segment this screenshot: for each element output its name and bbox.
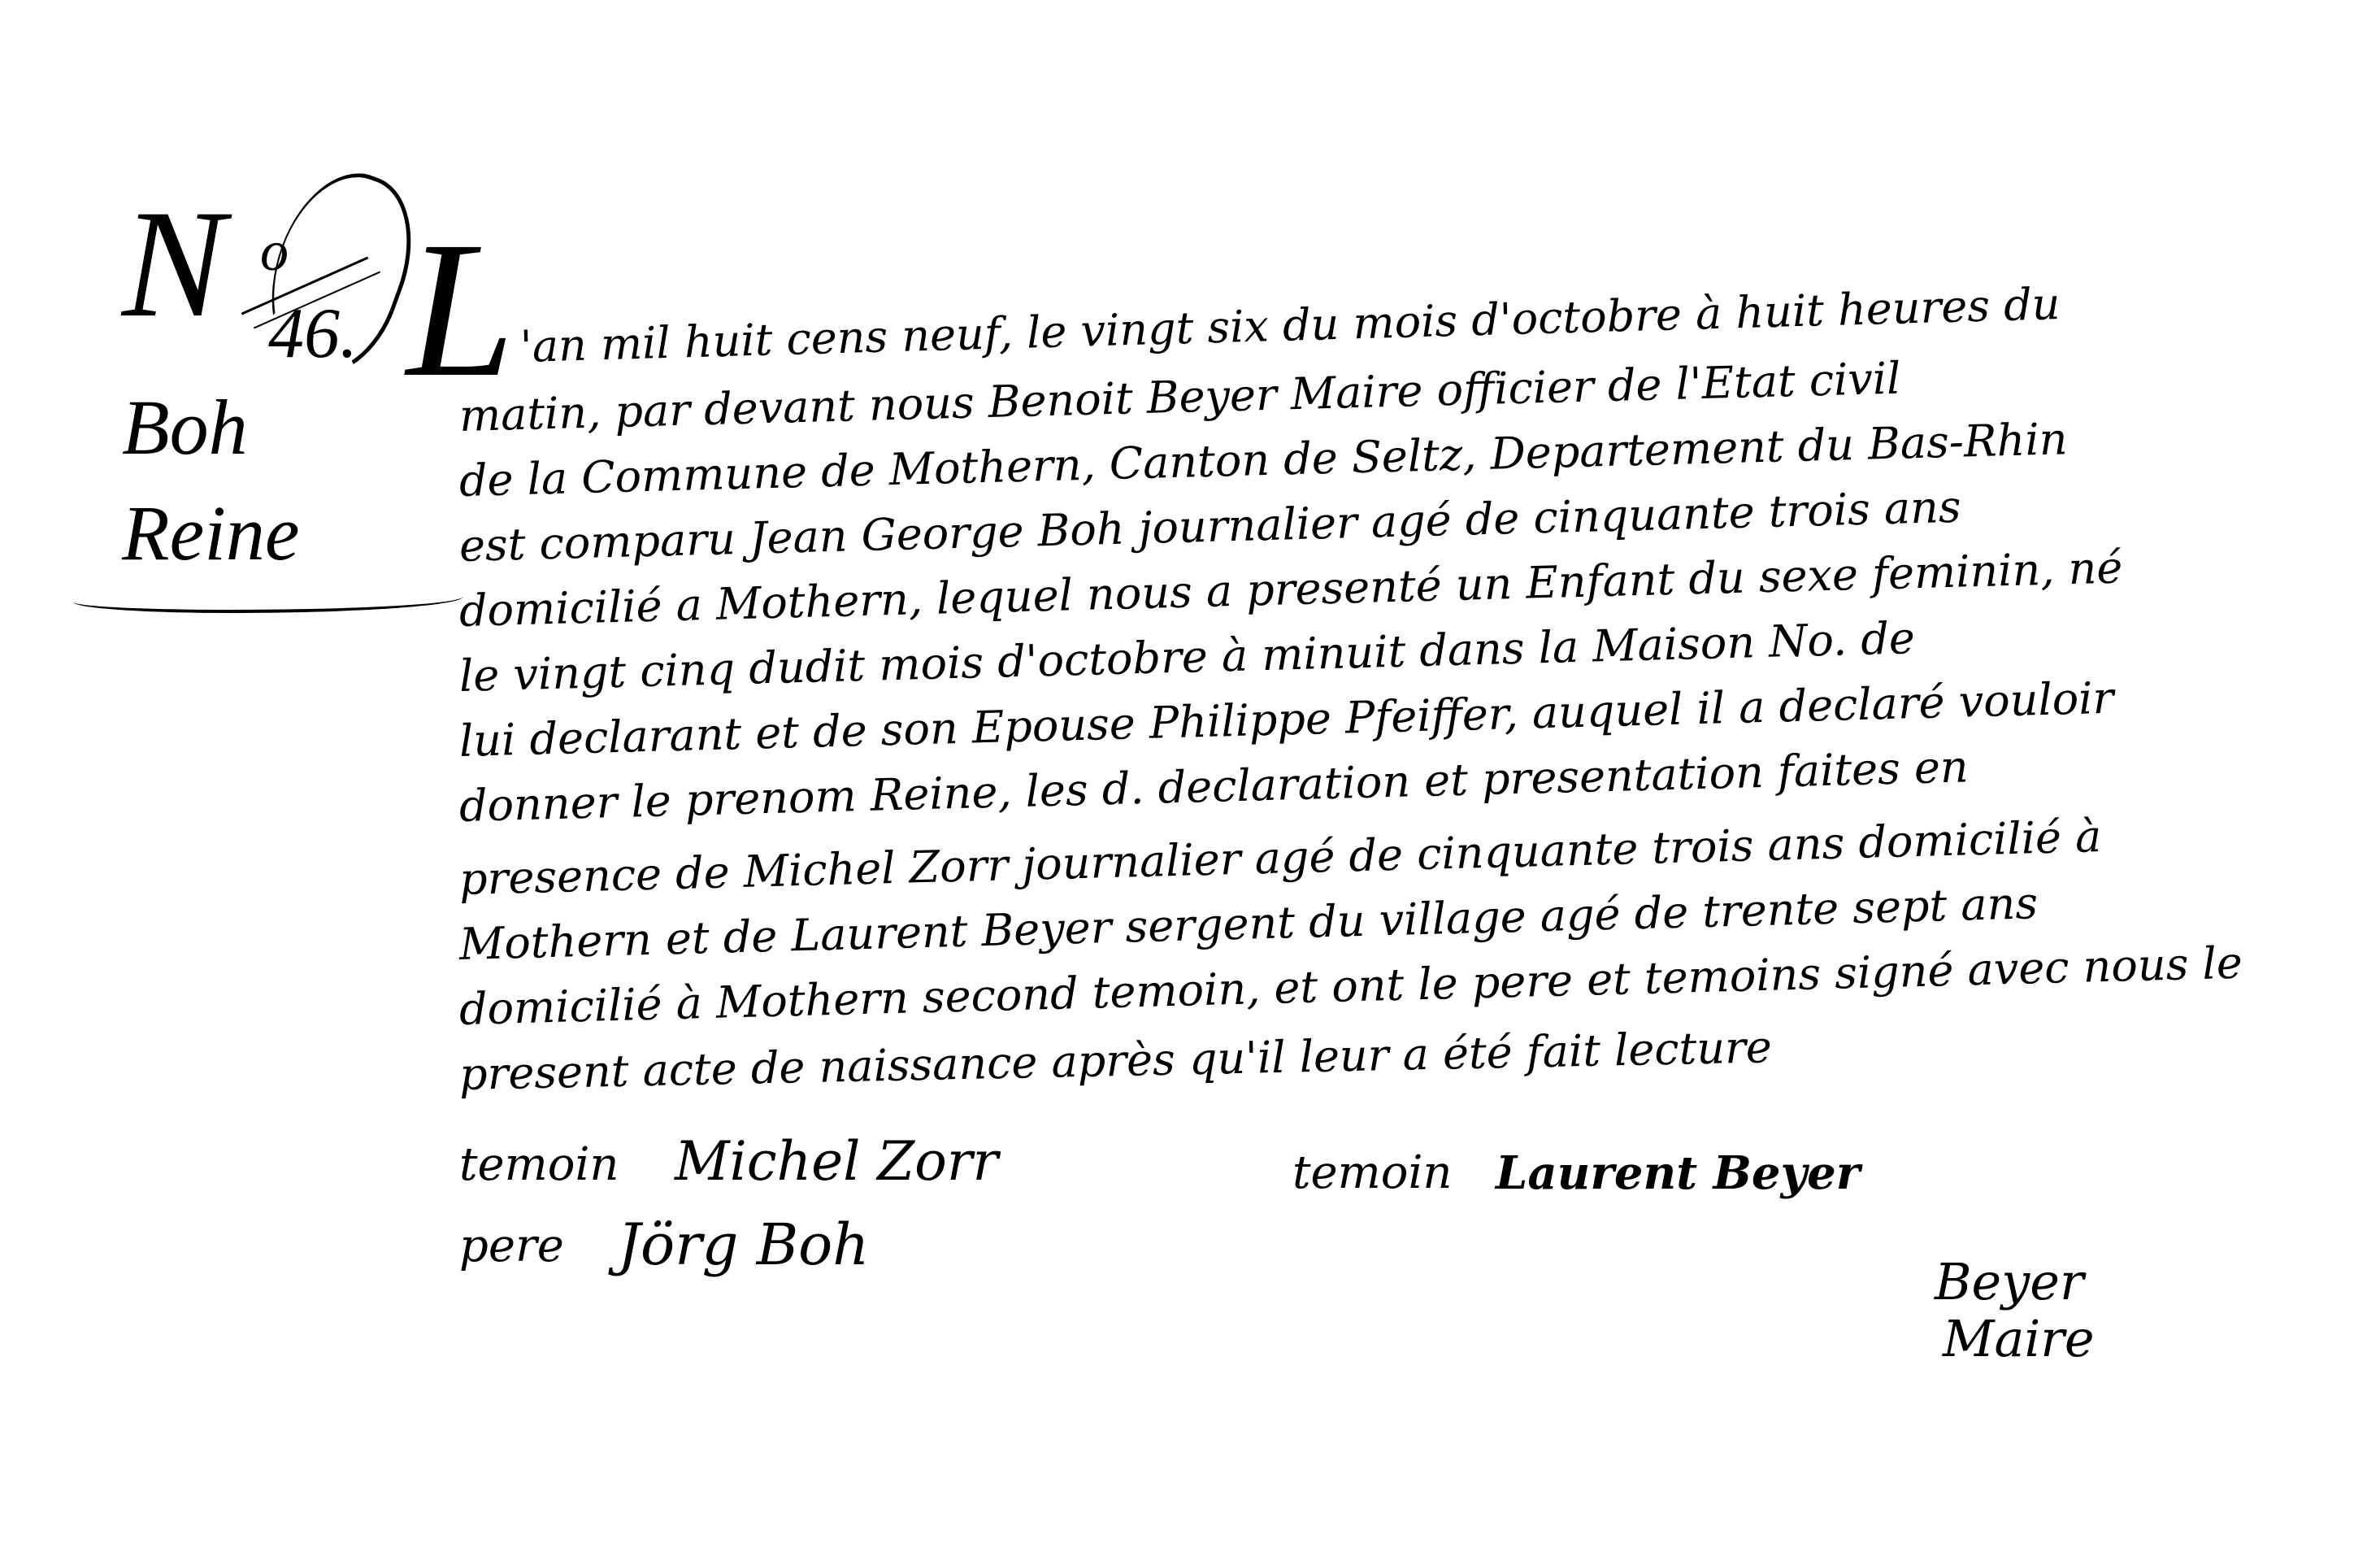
signature-label-father: pere — [459, 1220, 564, 1272]
margin-flourish — [73, 585, 463, 613]
entry-number: 46. — [268, 293, 358, 375]
signature-michel-zorr: Michel Zorr — [675, 1130, 998, 1193]
margin-entry-number: N o 46. — [122, 171, 382, 366]
drop-cap: L — [406, 211, 515, 407]
signature-label-witness-2: temoin — [1292, 1146, 1452, 1199]
body-line-12: present acte de naissance après qu'il le… — [458, 1021, 1772, 1100]
document-page: N o 46. Boh Reine L 'an mil huit cens ne… — [0, 0, 2380, 1561]
signature-mayor-title: Maire — [1943, 1309, 2095, 1368]
margin-given-name: Reine — [122, 488, 300, 578]
margin-surname: Boh — [122, 382, 248, 472]
signature-laurent-beyer: Laurent Beyer — [1496, 1146, 1860, 1200]
number-superscript: o — [260, 220, 289, 285]
signature-mayor-name: Beyer — [1935, 1252, 2084, 1311]
signature-label-witness-1: temoin — [459, 1138, 619, 1191]
number-prefix: N — [122, 187, 225, 341]
signature-father: Jörg Boh — [618, 1211, 869, 1278]
